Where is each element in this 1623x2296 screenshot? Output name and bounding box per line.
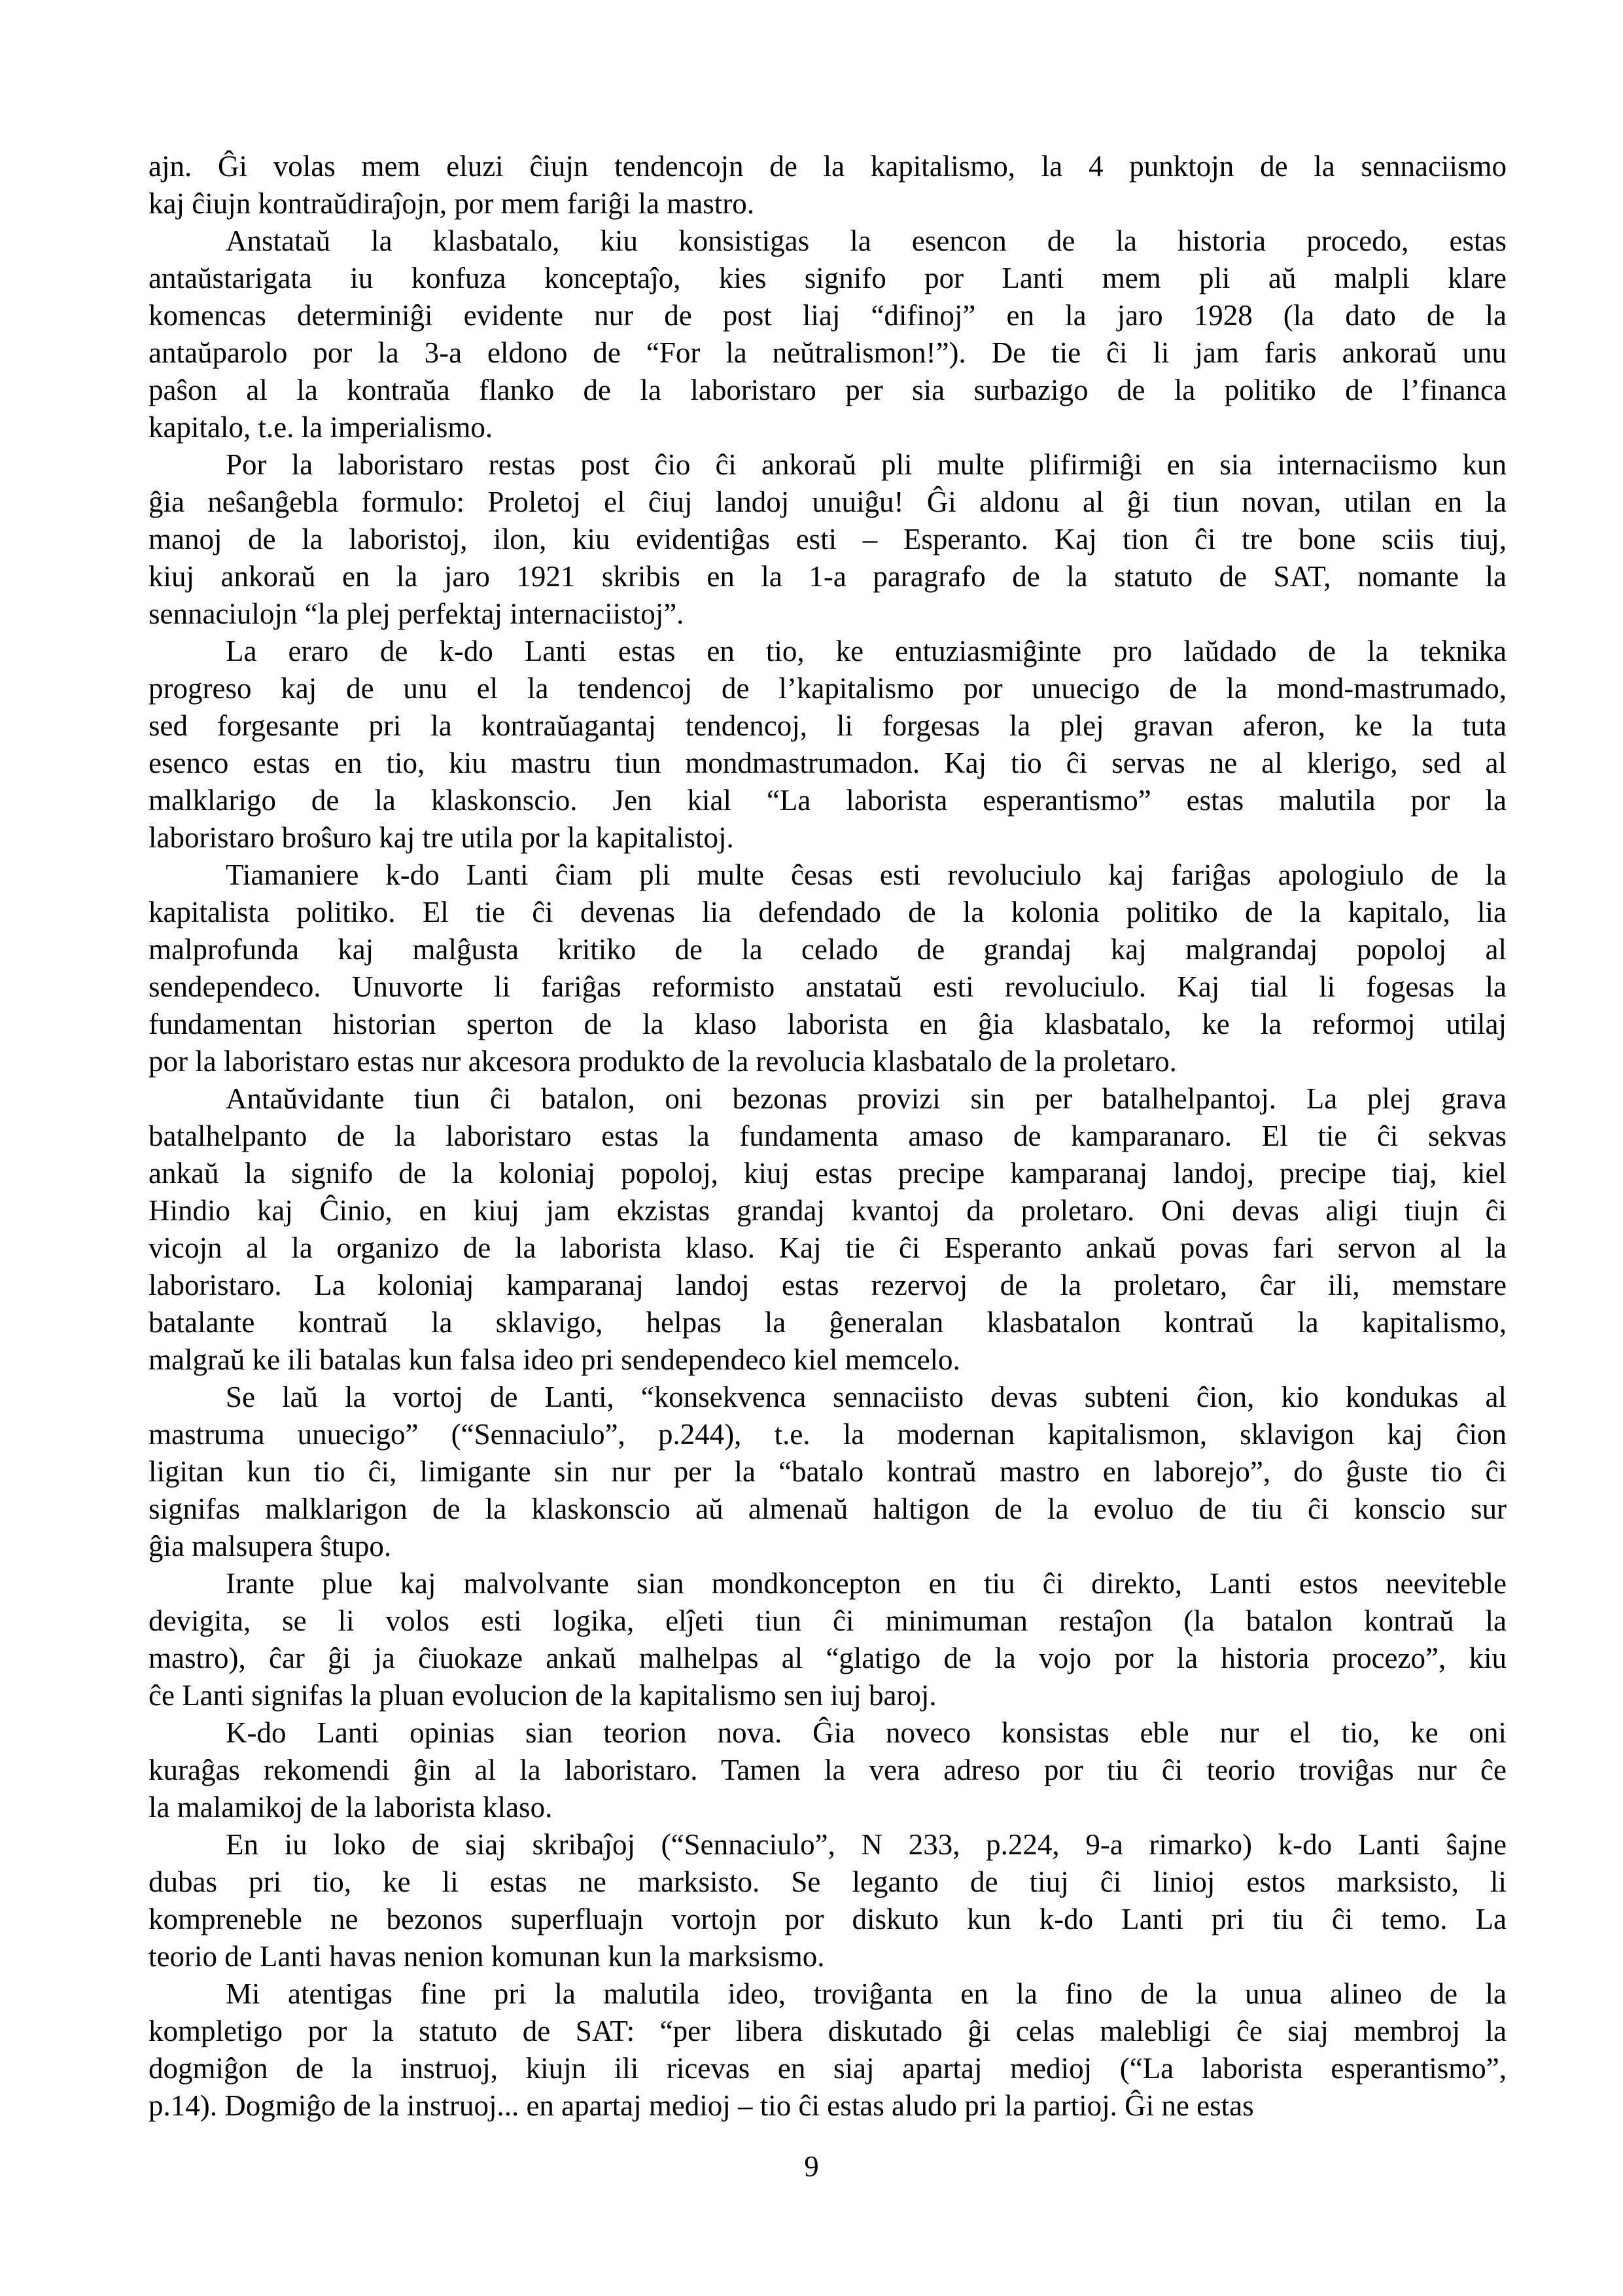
text-line: mastro), ĉar ĝi ja ĉiuokaze ankaŭ malhel…: [148, 1640, 1507, 1677]
paragraph: Irante plue kaj malvolvante sian mondkon…: [148, 1565, 1507, 1714]
text-line: kiuj ankoraŭ en la jaro 1921 skribis en …: [148, 558, 1507, 595]
text-line: La eraro de k-do Lanti estas en tio, ke …: [148, 633, 1507, 670]
paragraph: La eraro de k-do Lanti estas en tio, ke …: [148, 633, 1507, 857]
text-line: sennaciulojn “la plej perfektaj internac…: [148, 595, 1507, 633]
text-line: Se laŭ la vortoj de Lanti, “konsekvenca …: [148, 1379, 1507, 1416]
document-page: ajn. Ĝi volas mem eluzi ĉiujn tendencojn…: [0, 0, 1623, 2296]
paragraph: Mi atentigas fine pri la malutila ideo, …: [148, 1975, 1507, 2125]
text-line: teorio de Lanti havas nenion komunan kun…: [148, 1938, 1507, 1975]
text-line: paŝon al la kontraŭa flanko de la labori…: [148, 372, 1507, 409]
text-line: Por la laboristaro restas post ĉio ĉi an…: [148, 446, 1507, 484]
text-line: Tiamaniere k-do Lanti ĉiam pli multe ĉes…: [148, 857, 1507, 894]
text-line: kapitalo, t.e. la imperialismo.: [148, 409, 1507, 446]
text-line: ĉe Lanti signifas la pluan evolucion de …: [148, 1677, 1507, 1714]
text-line: Hindio kaj Ĉinio, en kiuj jam ekzistas g…: [148, 1192, 1507, 1229]
paragraph: K-do Lanti opinias sian teorion nova. Ĝi…: [148, 1714, 1507, 1826]
text-line: dubas pri tio, ke li estas ne marksisto.…: [148, 1863, 1507, 1901]
text-line: progreso kaj de unu el la tendencoj de l…: [148, 670, 1507, 707]
text-line: manoj de la laboristoj, ilon, kiu eviden…: [148, 521, 1507, 558]
text-line: komencas determiniĝi evidente nur de pos…: [148, 297, 1507, 334]
text-line: la malamikoj de la laborista klaso.: [148, 1789, 1507, 1826]
text-block: ajn. Ĝi volas mem eluzi ĉiujn tendencojn…: [148, 148, 1507, 2125]
text-line: sed forgesante pri la kontraŭagantaj ten…: [148, 707, 1507, 745]
text-line: laboristaro. La koloniaj kamparanaj land…: [148, 1267, 1507, 1304]
text-line: p.14). Dogmiĝo de la instruoj... en apar…: [148, 2087, 1507, 2125]
text-line: mastruma unuecigo” (“Sennaciulo”, p.244)…: [148, 1416, 1507, 1453]
paragraph: En iu loko de siaj skribaĵoj (“Sennaciul…: [148, 1826, 1507, 1975]
text-line: ligitan kun tio ĉi, limigante sin nur pe…: [148, 1453, 1507, 1491]
text-line: sendependeco. Unuvorte li fariĝas reform…: [148, 968, 1507, 1006]
text-line: ankaŭ la signifo de la koloniaj popoloj,…: [148, 1155, 1507, 1192]
text-line: fundamentan historian sperton de la klas…: [148, 1006, 1507, 1043]
paragraph: Anstataŭ la klasbatalo, kiu konsistigas …: [148, 222, 1507, 446]
text-line: antaŭparolo por la 3-a eldono de “For la…: [148, 334, 1507, 372]
paragraph: Antaŭvidante tiun ĉi batalon, oni bezona…: [148, 1080, 1507, 1379]
paragraph: Tiamaniere k-do Lanti ĉiam pli multe ĉes…: [148, 857, 1507, 1080]
text-line: En iu loko de siaj skribaĵoj (“Sennaciul…: [148, 1826, 1507, 1863]
paragraph: Se laŭ la vortoj de Lanti, “konsekvenca …: [148, 1379, 1507, 1565]
text-line: batalante kontraŭ la sklavigo, helpas la…: [148, 1304, 1507, 1341]
text-line: antaŭstarigata iu konfuza konceptaĵo, ki…: [148, 260, 1507, 297]
paragraph: ajn. Ĝi volas mem eluzi ĉiujn tendencojn…: [148, 148, 1507, 222]
text-line: kaj ĉiujn kontraŭdiraĵojn, por mem fariĝ…: [148, 185, 1507, 222]
text-line: por la laboristaro estas nur akcesora pr…: [148, 1043, 1507, 1080]
text-line: Antaŭvidante tiun ĉi batalon, oni bezona…: [148, 1080, 1507, 1118]
text-line: kapitalista politiko. El tie ĉi devenas …: [148, 894, 1507, 931]
text-line: malprofunda kaj malĝusta kritiko de la c…: [148, 931, 1507, 968]
text-line: signifas malklarigon de la klaskonscio a…: [148, 1491, 1507, 1528]
text-line: ĝia neŝanĝebla formulo: Proletoj el ĉiuj…: [148, 484, 1507, 521]
text-line: batalhelpanto de la laboristaro estas la…: [148, 1118, 1507, 1155]
text-line: Irante plue kaj malvolvante sian mondkon…: [148, 1565, 1507, 1602]
text-line: laboristaro broŝuro kaj tre utila por la…: [148, 819, 1507, 857]
text-line: ĝia malsupera ŝtupo.: [148, 1528, 1507, 1565]
text-line: kuraĝas rekomendi ĝin al la laboristaro.…: [148, 1752, 1507, 1789]
page-number: 9: [0, 2148, 1623, 2185]
text-line: malgraŭ ke ili batalas kun falsa ideo pr…: [148, 1341, 1507, 1379]
text-line: Mi atentigas fine pri la malutila ideo, …: [148, 1975, 1507, 2013]
text-line: ajn. Ĝi volas mem eluzi ĉiujn tendencojn…: [148, 148, 1507, 185]
text-line: esenco estas en tio, kiu mastru tiun mon…: [148, 745, 1507, 782]
text-line: dogmiĝon de la instruoj, kiujn ili ricev…: [148, 2050, 1507, 2087]
text-line: vicojn al la organizo de la laborista kl…: [148, 1229, 1507, 1267]
text-line: kompletigo por la statuto de SAT: “per l…: [148, 2013, 1507, 2050]
text-line: kompreneble ne bezonos superfluajn vorto…: [148, 1901, 1507, 1938]
text-line: Anstataŭ la klasbatalo, kiu konsistigas …: [148, 222, 1507, 260]
text-line: devigita, se li volos esti logika, elĵet…: [148, 1602, 1507, 1640]
text-line: malklarigo de la klaskonscio. Jen kial “…: [148, 782, 1507, 819]
text-line: K-do Lanti opinias sian teorion nova. Ĝi…: [148, 1714, 1507, 1752]
paragraph: Por la laboristaro restas post ĉio ĉi an…: [148, 446, 1507, 633]
